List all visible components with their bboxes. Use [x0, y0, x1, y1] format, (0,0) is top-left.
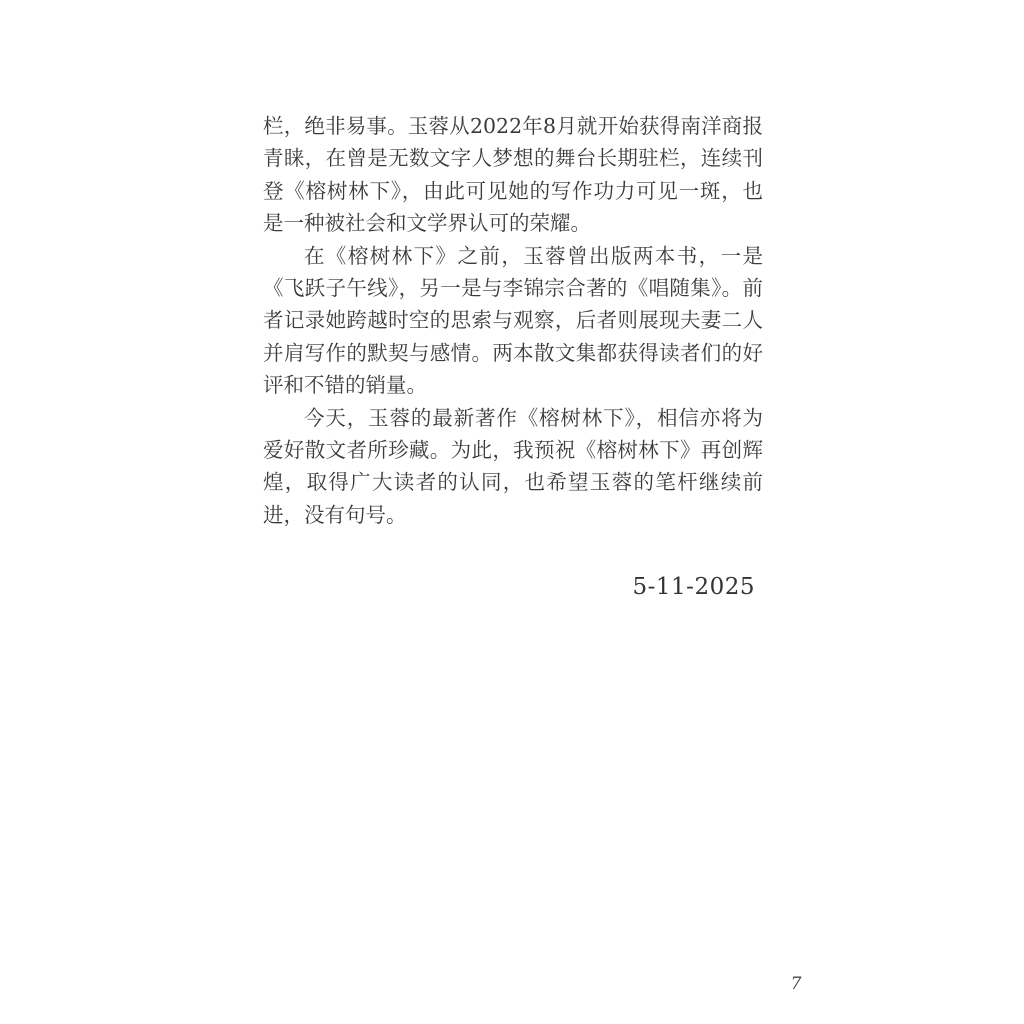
date-text: 5-11-2025 [633, 574, 755, 600]
paragraph-2: 在《榕树林下》之前，玉蓉曾出版两本书，一是《飞跃子午线》，另一是与李锦宗合著的《… [263, 240, 763, 402]
date-line: 5-11-2025 [263, 574, 763, 600]
paragraph-1: 栏，绝非易事。玉蓉从2022年8月就开始获得南洋商报青睐，在曾是无数文字人梦想的… [263, 110, 763, 240]
paragraph-3: 今天，玉蓉的最新著作《榕树林下》，相信亦将为爱好散文者所珍藏。为此，我预祝《榕树… [263, 402, 763, 532]
page-number: 7 [776, 974, 816, 994]
body-text: 栏，绝非易事。玉蓉从2022年8月就开始获得南洋商报青睐，在曾是无数文字人梦想的… [263, 110, 763, 531]
book-page: 栏，绝非易事。玉蓉从2022年8月就开始获得南洋商报青睐，在曾是无数文字人梦想的… [0, 0, 1024, 1024]
